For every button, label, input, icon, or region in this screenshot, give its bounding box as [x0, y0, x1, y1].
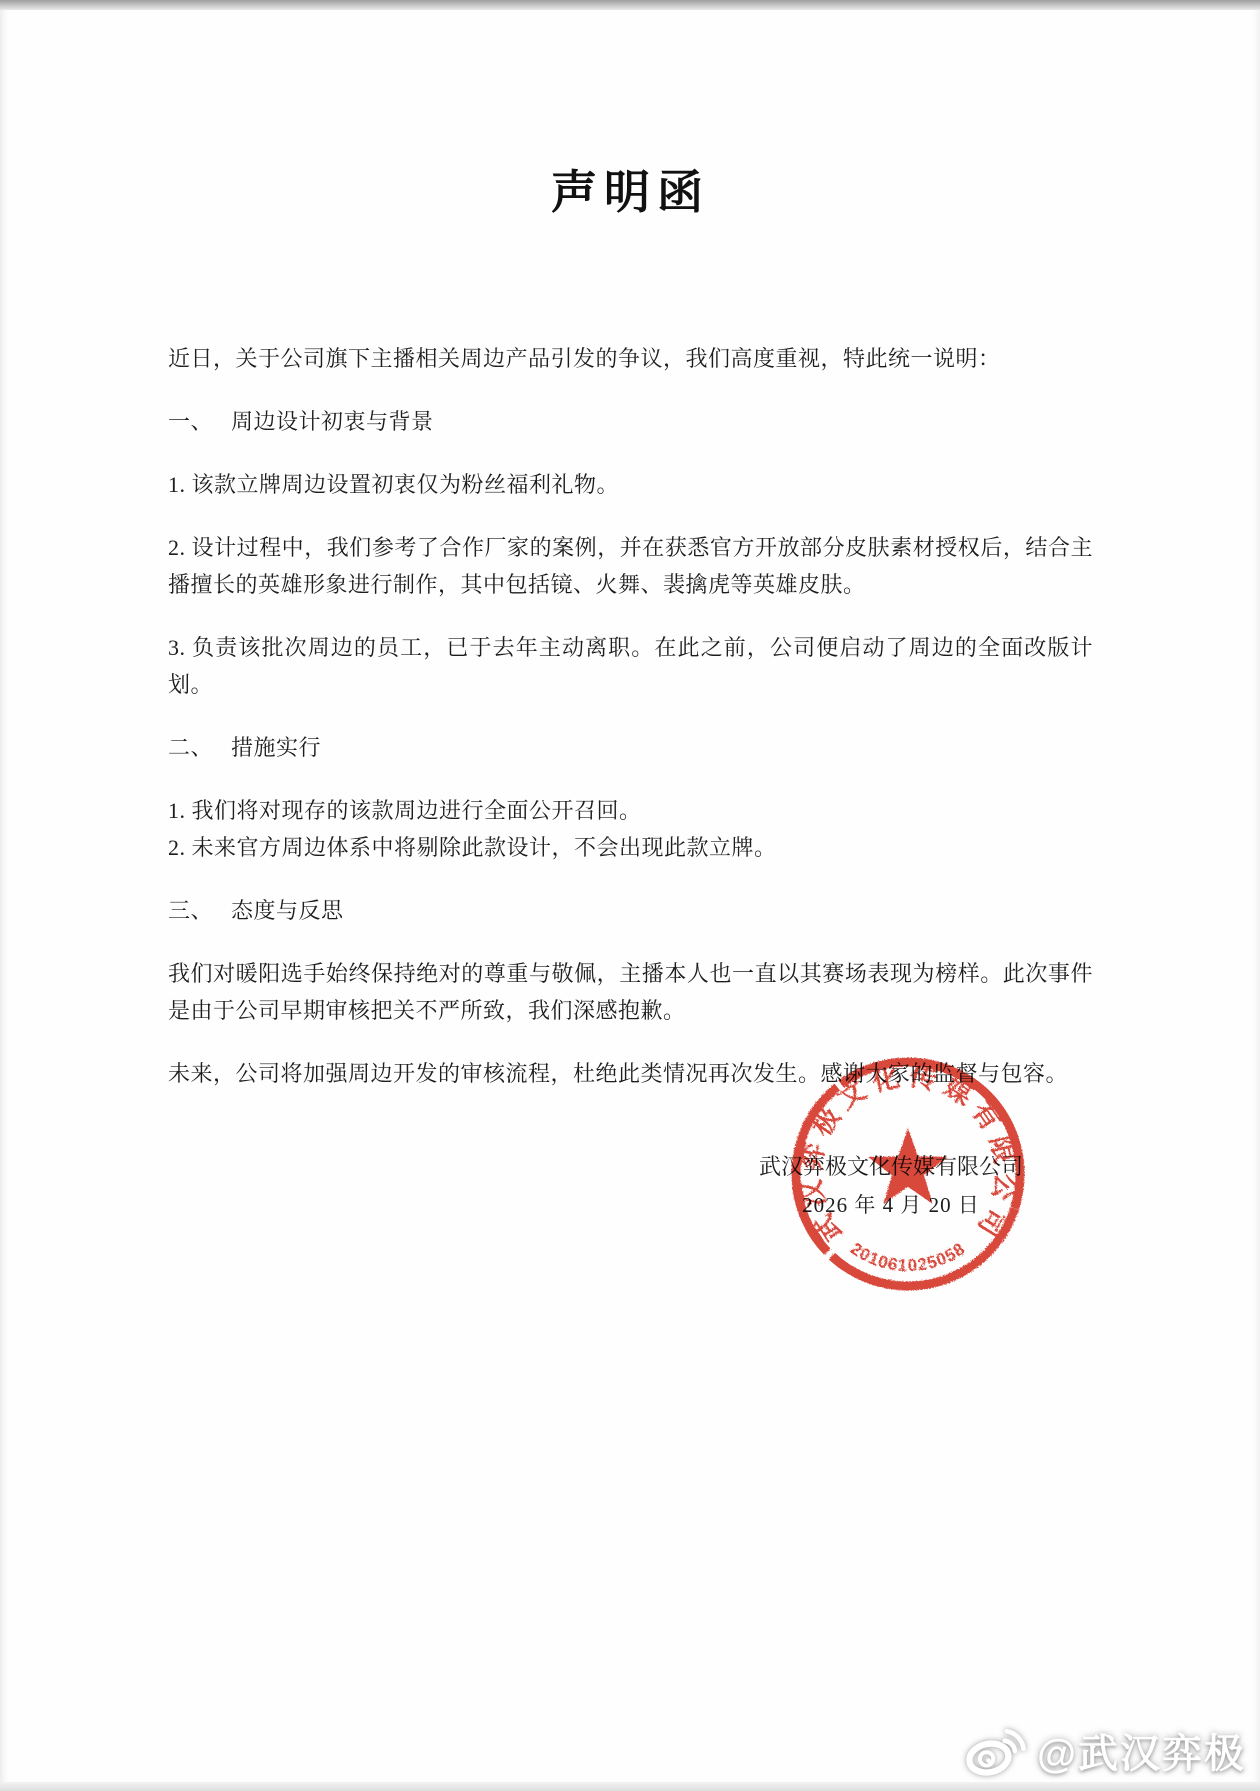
- paragraph: 1. 该款立牌周边设置初衷仅为粉丝福利礼物。: [168, 466, 1093, 503]
- statement-letter-page: 声明函 近日，关于公司旗下主播相关周边产品引发的争议，我们高度重视，特此统一说明…: [0, 0, 1260, 1791]
- list-item: 2. 未来官方周边体系中将剔除此款设计，不会出现此款立牌。: [168, 829, 1093, 866]
- paragraph: 未来，公司将加强周边开发的审核流程，杜绝此类情况再次发生。感谢大家的监督与包容。: [168, 1055, 1093, 1092]
- section-title: 周边设计初衷与背景: [231, 409, 434, 434]
- section-number: 二、: [168, 735, 213, 760]
- paragraph: 3. 负责该批次周边的员工，已于去年主动离职。在此之前，公司便启动了周边的全面改…: [168, 629, 1093, 703]
- document-title: 声明函: [168, 158, 1093, 228]
- signature-company: 武汉弈极文化传媒有限公司: [759, 1148, 1023, 1186]
- intro-paragraph: 近日，关于公司旗下主播相关周边产品引发的争议，我们高度重视，特此统一说明：: [168, 340, 1093, 377]
- list-item: 1. 我们将对现存的该款周边进行全面公开召回。: [168, 792, 1093, 829]
- section-title: 态度与反思: [231, 898, 344, 923]
- section-title: 措施实行: [231, 735, 321, 760]
- section-heading-2: 二、措施实行: [168, 729, 1093, 766]
- weibo-icon: [965, 1725, 1027, 1777]
- section-heading-3: 三、态度与反思: [168, 892, 1093, 929]
- paragraph: 我们对暖阳选手始终保持绝对的尊重与敬佩，主播本人也一直以其赛场表现为榜样。此次事…: [168, 955, 1093, 1029]
- photo-bottom-edge: [0, 1782, 1260, 1791]
- watermark-handle: @武汉弈极: [1037, 1722, 1246, 1779]
- paragraph: 1. 我们将对现存的该款周边进行全面公开召回。 2. 未来官方周边体系中将剔除此…: [168, 792, 1093, 866]
- section-number: 一、: [168, 409, 213, 434]
- section-number: 三、: [168, 898, 213, 923]
- weibo-watermark: @武汉弈极: [965, 1722, 1246, 1779]
- signature-block: 武汉弈极文化传媒有限公司 2026 年 4 月 20 日: [168, 1148, 1093, 1224]
- paragraph: 2. 设计过程中，我们参考了合作厂家的案例，并在获悉官方开放部分皮肤素材授权后，…: [168, 529, 1093, 603]
- section-heading-1: 一、周边设计初衷与背景: [168, 403, 1093, 440]
- document-content: 声明函 近日，关于公司旗下主播相关周边产品引发的争议，我们高度重视，特此统一说明…: [0, 0, 1260, 1224]
- signature-date: 2026 年 4 月 20 日: [759, 1186, 1023, 1224]
